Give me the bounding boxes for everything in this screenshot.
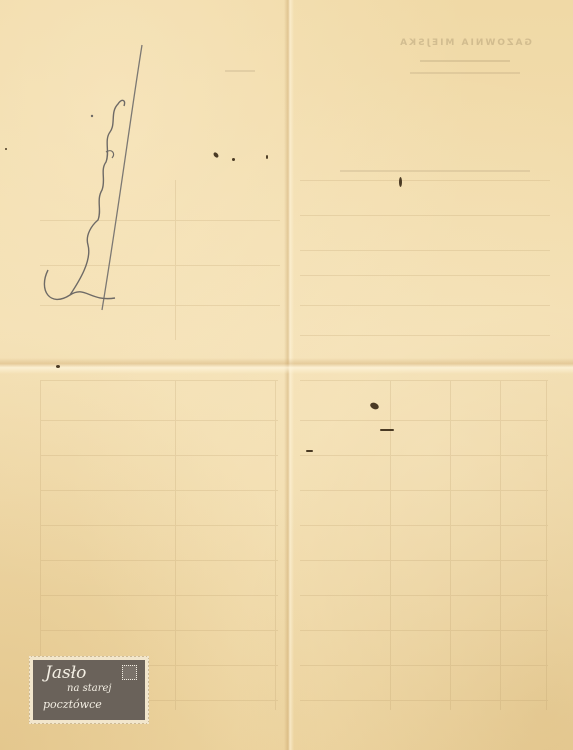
- horizontal-fold-crease: [0, 358, 573, 374]
- ink-spot: [306, 450, 313, 452]
- ink-spot: [266, 155, 268, 159]
- ink-spot: [5, 148, 7, 150]
- watermark-line3: pocztówce: [43, 698, 102, 711]
- faint-form-grid-right: [300, 380, 548, 710]
- bleed-through-subline: [420, 60, 510, 62]
- ink-spot: [399, 177, 402, 187]
- ink-spot: [56, 365, 60, 368]
- faint-form-lines-top-right: [300, 180, 550, 340]
- ink-spot: [213, 151, 220, 158]
- bleed-through-mark: [225, 70, 255, 72]
- handwritten-gazownia-signature: [30, 40, 150, 330]
- watermark-title: Jasło: [45, 663, 86, 683]
- bleed-through-subline: [410, 72, 520, 74]
- bleed-through-header: GAZOWNIA MIEJSKA: [390, 38, 540, 48]
- ink-spot: [232, 158, 235, 161]
- watermark-line2: na starej: [67, 683, 112, 694]
- watermark-logo-jaslo-na-starej-pocztowce: Jasło na starej pocztówce: [30, 657, 148, 723]
- bleed-through-mark: [340, 170, 530, 172]
- ink-spot: [380, 429, 394, 431]
- paper-sheet: GAZOWNIA MIEJSKA Gazownia Jasło na stare…: [0, 0, 573, 750]
- vertical-fold-crease: [284, 0, 294, 750]
- postage-stamp-icon: [122, 665, 137, 680]
